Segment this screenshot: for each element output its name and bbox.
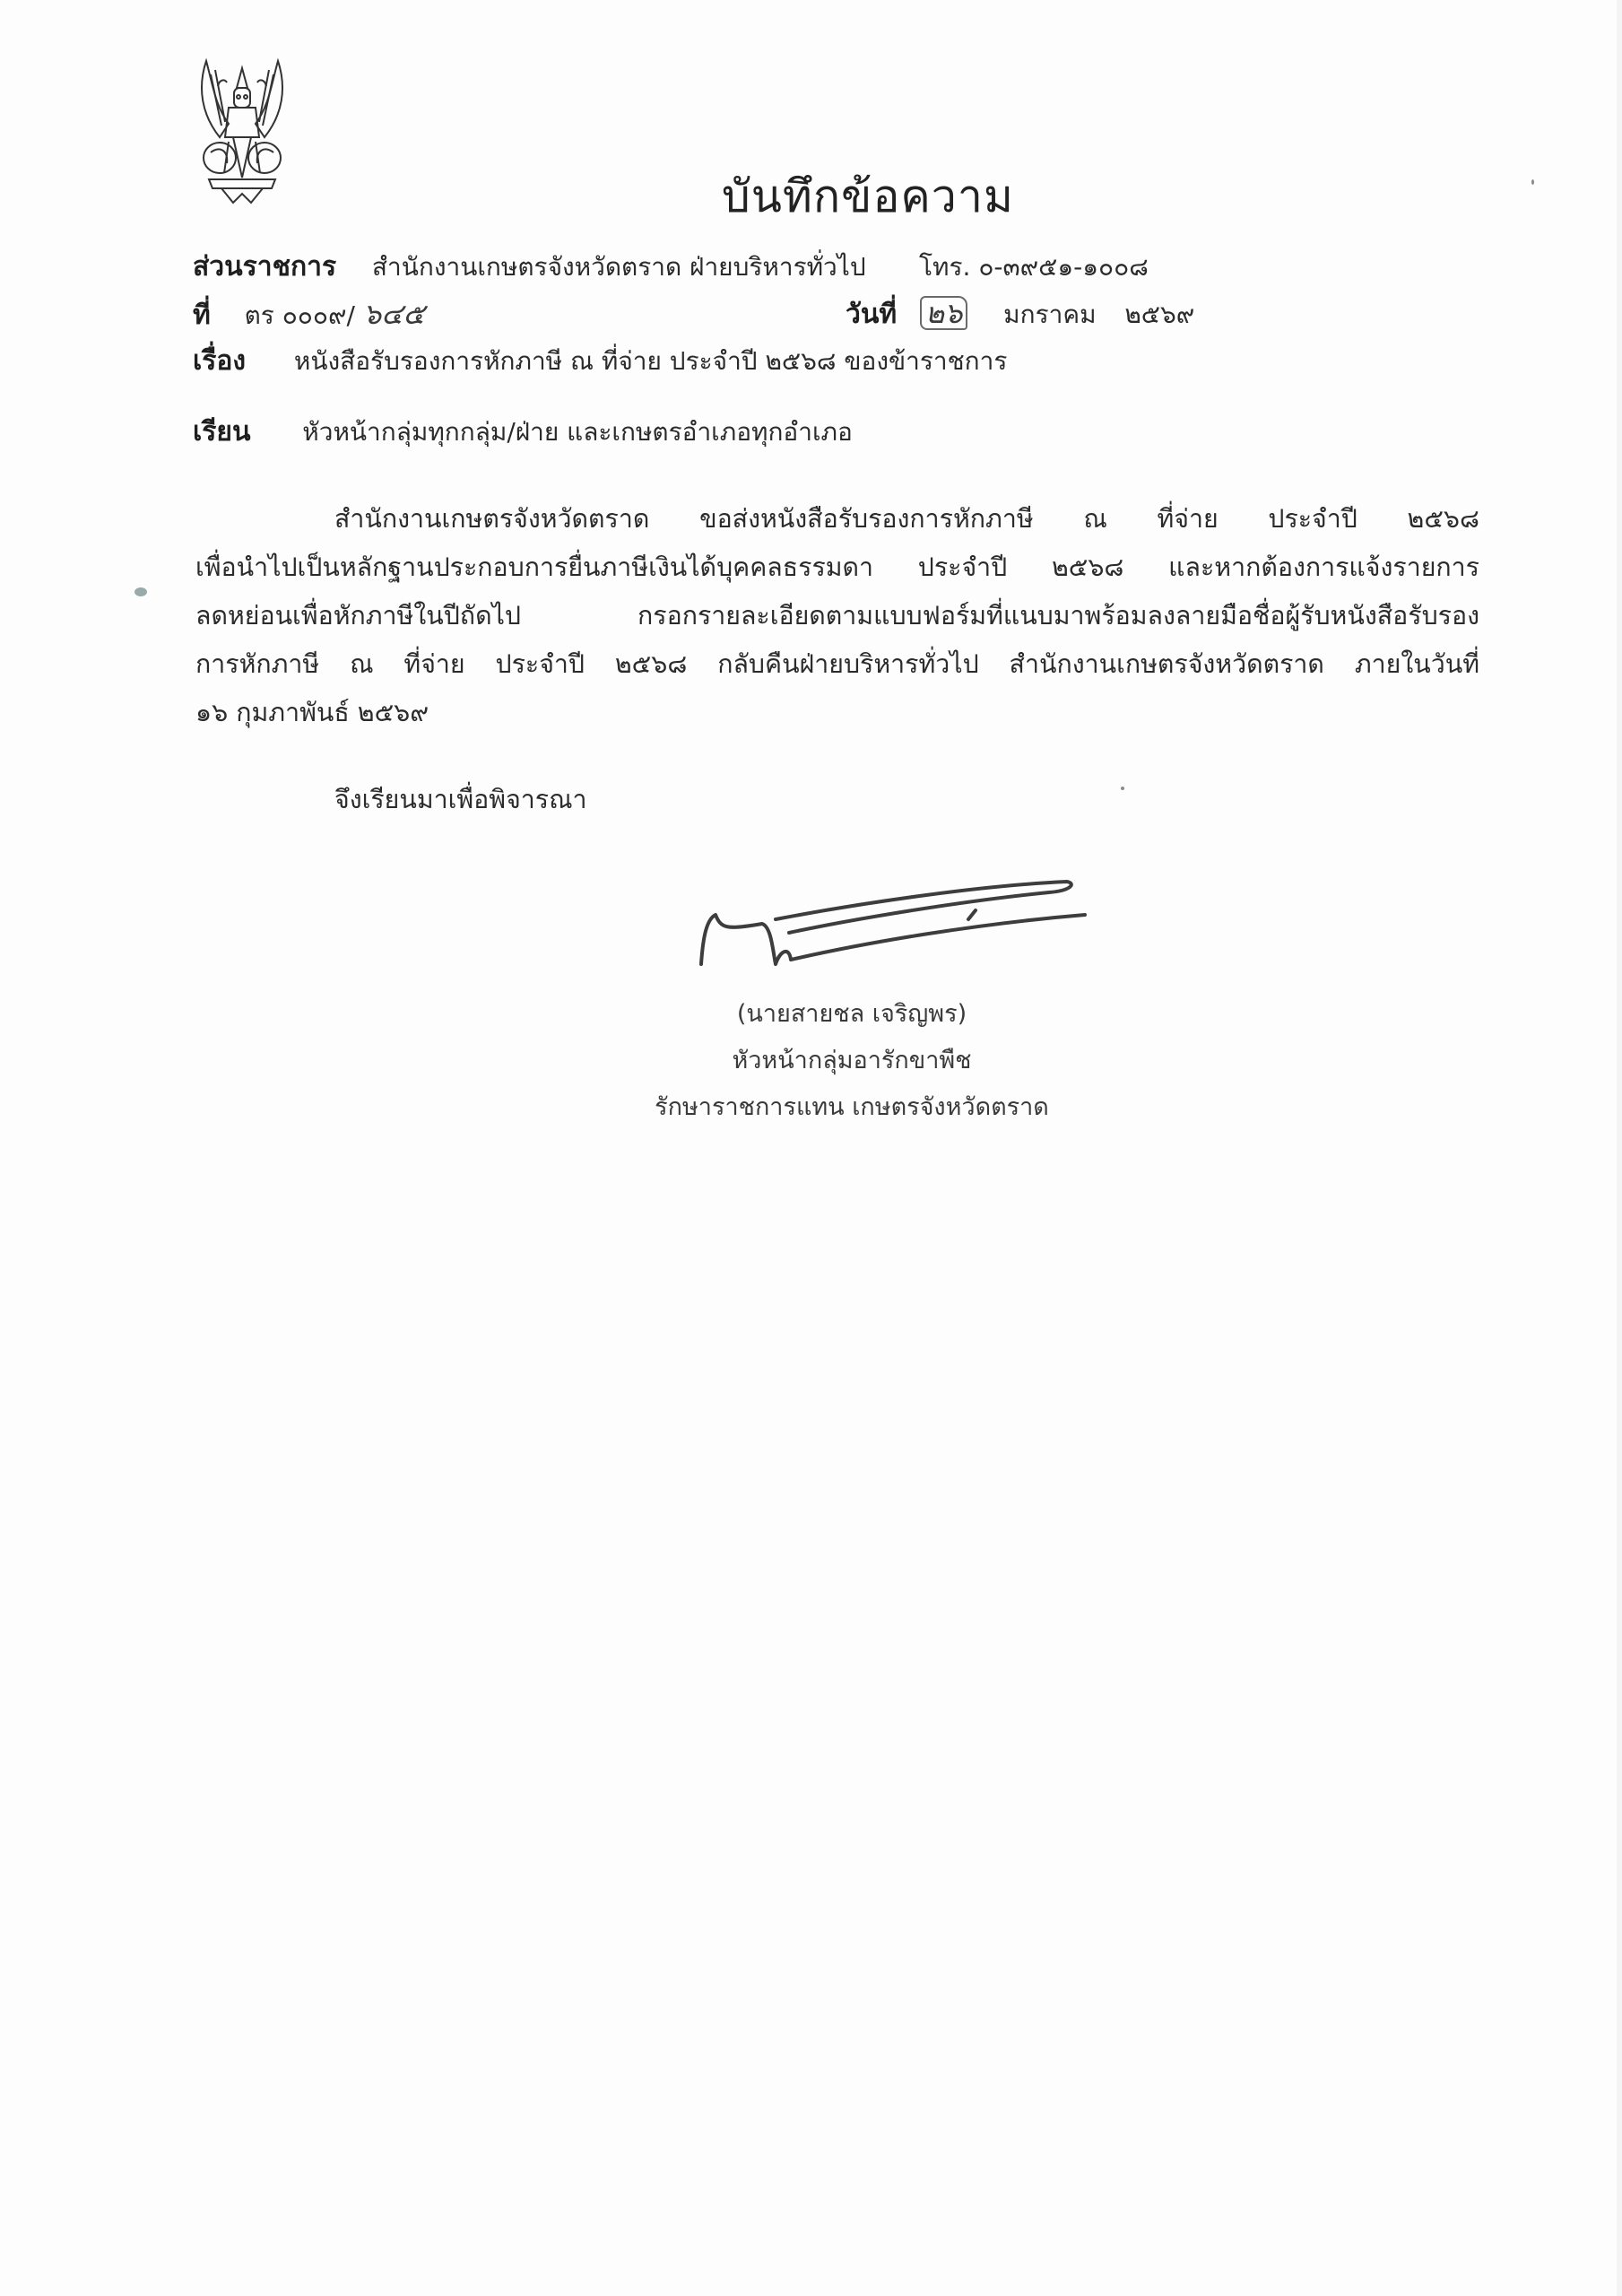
subject-row: เรื่อง หนังสือรับรองการหักภาษี ณ ที่จ่าย… [193,344,1007,379]
recipient-label: เรียน [193,416,250,448]
garuda-emblem-icon [193,52,291,209]
body-line: ลดหย่อนเพื่อหักภาษีในปีถัดไป กรอกรายละเอ… [195,592,1479,640]
memo-title: บันทึกข้อความ [722,161,1014,232]
subject-value: หนังสือรับรองการหักภาษี ณ ที่จ่าย ประจำป… [294,346,1008,376]
subject-label: เรื่อง [193,345,246,377]
body-line: เพื่อนำไปเป็นหลักฐานประกอบการยื่นภาษีเงิ… [195,544,1479,592]
reference-row: ที่ ตร ๐๐๐๙/ ๖๔๕ [193,296,425,334]
body-paragraph: สำนักงานเกษตรจังหวัดตราด ขอส่งหนังสือรับ… [195,495,1479,737]
date-label: วันที่ [846,299,897,330]
date-day-handwritten: ๒๖ [920,296,967,330]
body-line: สำนักงานเกษตรจังหวัดตราด ขอส่งหนังสือรับ… [195,495,1479,544]
recipient-row: เรียน หัวหน้ากลุ่มทุกกลุ่ม/ฝ่าย และเกษตร… [193,414,853,450]
phone-number: โทร. ๐-๓๙๕๑-๑๐๐๘ [919,249,1149,285]
memo-page: บันทึกข้อความ ส่วนราชการ สำนักงานเกษตรจั… [0,0,1622,2296]
signer-acting-for: รักษาราชการแทน เกษตรจังหวัดตราด [583,1087,1121,1126]
signer-name: (นายสายชล เจริญพร) [628,994,1076,1032]
recipient-value: หัวหน้ากลุ่มทุกกลุ่ม/ฝ่าย และเกษตรอำเภอท… [302,417,853,447]
body-line: ๑๖ กุมภาพันธ์ ๒๕๖๙ [195,689,1479,737]
date-month: มกราคม [1003,300,1096,329]
scan-speck [1531,179,1534,185]
signer-position: หัวหน้ากลุ่มอารักขาพืช [628,1040,1076,1079]
closing-text: จึงเรียนมาเพื่อพิจารณา [334,778,587,820]
handwritten-signature [690,865,1103,982]
department-label: ส่วนราชการ [193,251,336,283]
scan-edge [1617,0,1622,2296]
date-row: วันที่ ๒๖ มกราคม ๒๕๖๙ [846,296,1194,333]
scan-speck [1121,787,1124,790]
reference-prefix: ตร ๐๐๐๙/ [245,300,355,330]
reference-number-handwritten: ๖๔๕ [363,297,425,331]
department-row: ส่วนราชการ สำนักงานเกษตรจังหวัดตราด ฝ่าย… [193,249,866,285]
date-year: ๒๕๖๙ [1124,300,1194,329]
reference-label: ที่ [193,300,211,331]
body-line: การหักภาษี ณ ที่จ่าย ประจำปี ๒๕๖๘ กลับคื… [195,640,1479,689]
department-value: สำนักงานเกษตรจังหวัดตราด ฝ่ายบริหารทั่วไ… [372,252,866,282]
scan-speck [134,587,147,596]
